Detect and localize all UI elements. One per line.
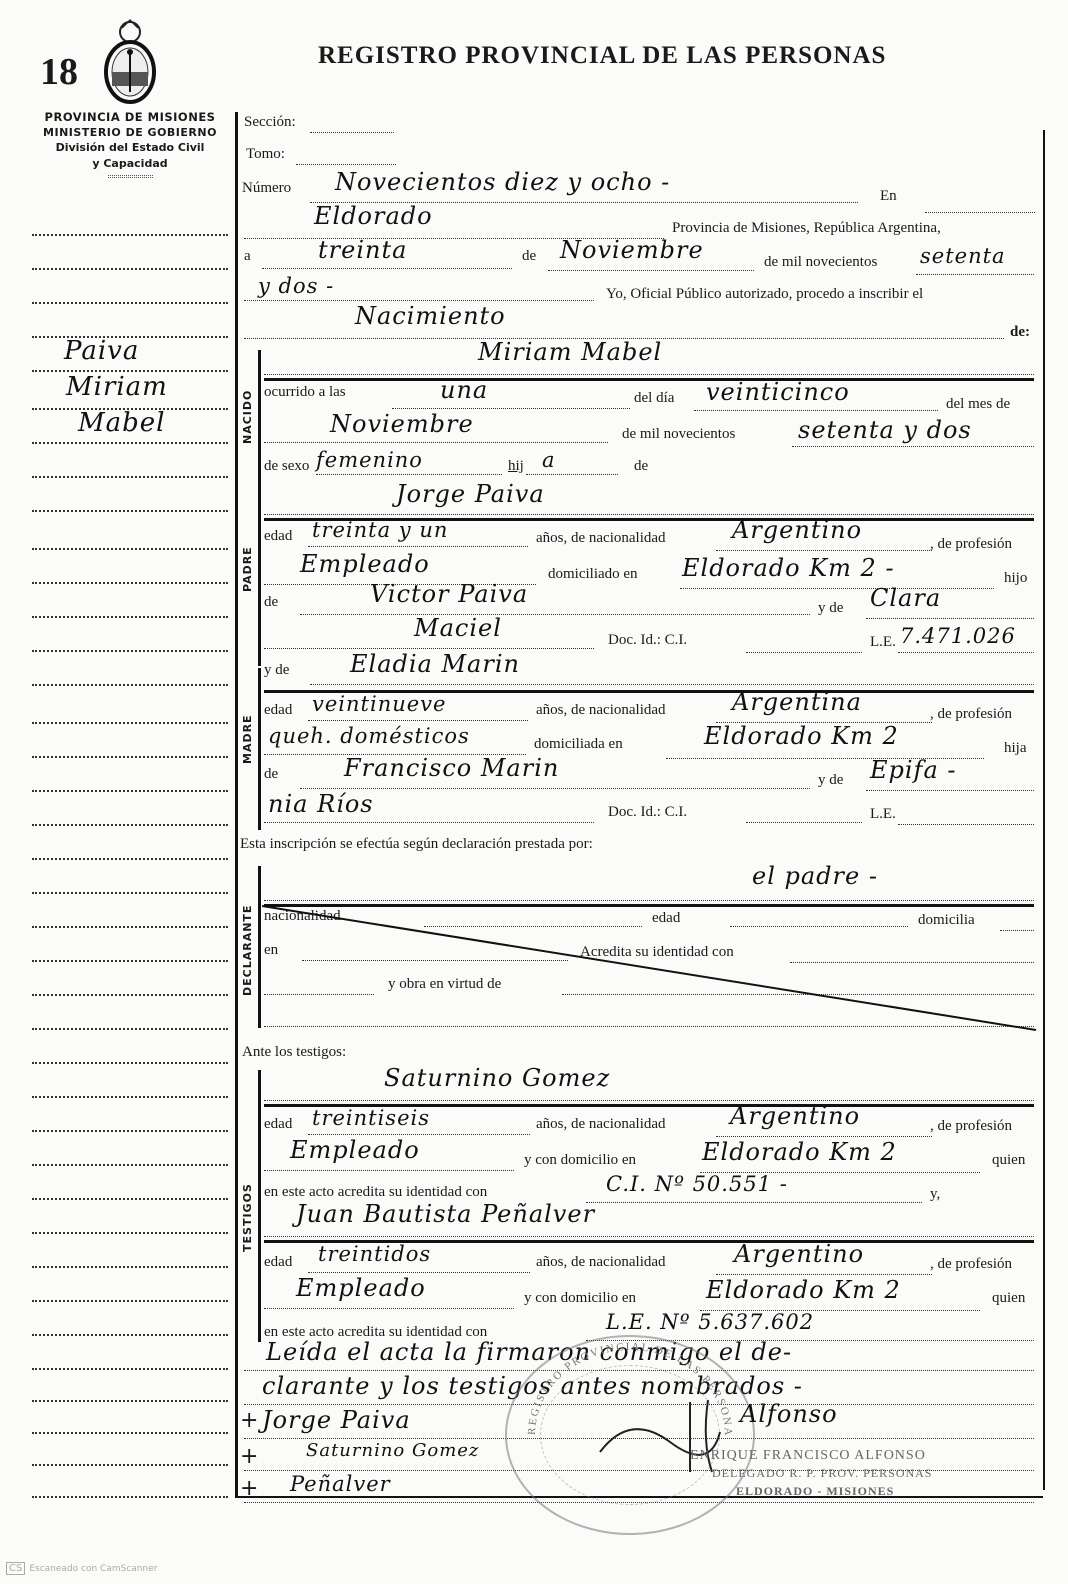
witness-2-profession-value: Empleado xyxy=(296,1274,426,1302)
margin-line xyxy=(32,1198,228,1200)
year-continuation-field[interactable] xyxy=(244,300,594,301)
margin-line xyxy=(32,582,228,584)
mother-domicile-value: Eldorado Km 2 xyxy=(704,722,899,750)
org-province: PROVINCIA DE MISIONES xyxy=(30,110,230,125)
declarante-strikeout-line xyxy=(262,904,1038,1032)
registration-month-value: Noviembre xyxy=(560,236,704,264)
margin-line xyxy=(32,1368,228,1370)
margin-note-middle-name: Mabel xyxy=(78,408,165,438)
father-domicile-field[interactable] xyxy=(680,588,994,589)
father-le-label: L.E. xyxy=(870,634,896,651)
padre-section-label: PADRE xyxy=(241,546,254,592)
father-doc-label: Doc. Id.: C.I. xyxy=(608,632,687,649)
official-stamp-title: DELEGADO R. P. PROV. PERSONAS xyxy=(712,1466,932,1481)
mother-profession-value: queh. domésticos xyxy=(268,724,470,748)
margin-line xyxy=(32,1266,228,1268)
signature-declarante: Jorge Paiva xyxy=(262,1406,411,1434)
year-prefix: de mil novecientos xyxy=(764,254,877,271)
month-field[interactable] xyxy=(548,270,754,271)
issuing-organization: PROVINCIA DE MISIONES MINISTERIO DE GOBI… xyxy=(30,110,230,178)
birth-month-field[interactable] xyxy=(264,442,608,443)
madre-section-label: MADRE xyxy=(241,714,254,764)
margin-note-first-name: Miriam xyxy=(66,372,168,402)
father-profession-value: Empleado xyxy=(300,550,430,578)
mother-edad-label: edad xyxy=(264,702,292,719)
margin-line xyxy=(32,548,228,550)
witness-1-name: Saturnino Gomez xyxy=(384,1064,610,1092)
paternal-grandmother-value-1: Clara xyxy=(870,584,941,612)
maternal-grandmother-continued-field[interactable] xyxy=(264,822,594,823)
witness-2-profession-field[interactable] xyxy=(264,1308,514,1309)
margin-line xyxy=(32,650,228,652)
padre-bracket xyxy=(258,488,261,666)
place-value: Eldorado xyxy=(314,202,433,230)
hij-label: hij xyxy=(508,458,524,475)
official-text: Yo, Oficial Público autorizado, procedo … xyxy=(606,286,923,303)
tomo-label: Tomo: xyxy=(246,146,285,163)
maternal-grandmother-value-1: Epifa - xyxy=(870,756,957,784)
numero-value: Novecientos diez y ocho - xyxy=(335,168,670,196)
scanner-watermark: CSEscaneado con CamScanner xyxy=(6,1562,157,1575)
witness-2-anos-label: años, de nacionalidad xyxy=(536,1254,666,1271)
maternal-grandfather-value: Francisco Marin xyxy=(344,754,559,782)
witness-1-edad-field[interactable] xyxy=(308,1134,530,1135)
paternal-grandmother-field[interactable] xyxy=(866,618,1034,619)
seccion-label: Sección: xyxy=(244,114,296,131)
father-le-field[interactable] xyxy=(898,652,1034,653)
official-stamp-name: ENRIQUE FRANCISCO ALFONSO xyxy=(690,1448,926,1464)
declarante-bracket xyxy=(258,866,261,1028)
margin-line xyxy=(32,1028,228,1030)
witness-2-edad-value: treintidos xyxy=(318,1242,431,1266)
margin-line xyxy=(32,510,228,512)
mother-edad-value: veintinueve xyxy=(312,692,446,716)
witness-2-nationality-field[interactable] xyxy=(716,1274,932,1275)
declarante-value: el padre - xyxy=(752,862,878,890)
testigos-section-label: TESTIGOS xyxy=(241,1183,254,1252)
father-domicile-value: Eldorado Km 2 - xyxy=(682,554,895,582)
father-edad-label: edad xyxy=(264,528,292,545)
paternal-grandfather-field[interactable] xyxy=(300,614,810,615)
birth-hour-value: una xyxy=(440,376,488,404)
margin-line xyxy=(32,1400,228,1402)
mother-ci-field[interactable] xyxy=(746,822,862,823)
hij-suffix-field[interactable] xyxy=(526,474,618,475)
signature-witness-2: Peñalver xyxy=(290,1472,391,1496)
nacido-section-label: NACIDO xyxy=(241,390,254,444)
sexo-value: femenino xyxy=(316,448,423,472)
document-title: REGISTRO PROVINCIAL DE LAS PERSONAS xyxy=(318,42,886,70)
father-profesion-label: , de profesión xyxy=(930,536,1012,553)
birth-year-value: setenta y dos xyxy=(798,416,972,444)
witness-2-profesion-label: , de profesión xyxy=(930,1256,1012,1273)
frame-left-border xyxy=(235,112,238,1497)
witness-1-quien-label: quien xyxy=(992,1152,1025,1169)
day-field[interactable] xyxy=(262,268,512,269)
paternal-grandfather-value: Victor Paiva xyxy=(370,580,528,608)
margin-line xyxy=(32,1062,228,1064)
sexo-label: de sexo xyxy=(264,458,309,475)
hij-suffix-value: a xyxy=(542,448,556,472)
child-name-field[interactable] xyxy=(264,374,1034,375)
org-ministry: MINISTERIO DE GOBIERNO xyxy=(30,125,230,140)
seccion-field[interactable] xyxy=(310,132,394,133)
tomo-field[interactable] xyxy=(296,164,396,165)
hija-label: hija xyxy=(1004,740,1027,757)
org-division-2: y Capacidad xyxy=(30,156,230,171)
signature-witness-1: Saturnino Gomez xyxy=(306,1440,479,1461)
witness-1-doc-value: C.I. Nº 50.551 - xyxy=(606,1172,788,1196)
maternal-grandmother-field[interactable] xyxy=(866,790,1034,791)
declarante-name-field[interactable] xyxy=(264,900,1034,901)
witness-2-edad-label: edad xyxy=(264,1254,292,1271)
father-name-value: Jorge Paiva xyxy=(396,480,545,508)
mother-edad-field[interactable] xyxy=(308,720,528,721)
witness-2-quien-label: quien xyxy=(992,1290,1025,1307)
father-name-field[interactable] xyxy=(264,514,1034,515)
father-edad-field[interactable] xyxy=(308,546,528,547)
margin-line xyxy=(32,442,228,444)
testigos-intro: Ante los testigos: xyxy=(242,1044,346,1061)
birth-year-field[interactable] xyxy=(792,446,1034,447)
numero-label: Número xyxy=(242,180,291,197)
margin-line xyxy=(32,1232,228,1234)
hijo-label: hijo xyxy=(1004,570,1027,587)
del-mes-label: del mes de xyxy=(946,396,1010,413)
margin-line xyxy=(32,1432,228,1434)
paternal-grandmother-continued-field[interactable] xyxy=(264,648,594,649)
child-name-value: Miriam Mabel xyxy=(478,338,662,366)
de-colon-label: de: xyxy=(1010,324,1030,341)
witness-1-name-field[interactable] xyxy=(264,1100,1034,1101)
father-de-label: de xyxy=(264,594,278,611)
margin-line xyxy=(32,234,228,236)
hour-field[interactable] xyxy=(392,408,630,409)
madre-bracket xyxy=(258,668,261,830)
margin-line xyxy=(32,1164,228,1166)
scanner-text: Escaneado con CamScanner xyxy=(29,1564,157,1574)
mother-y-de-label-2: y de xyxy=(818,772,843,789)
page-number: 18 xyxy=(40,50,78,94)
witness-1-profession-value: Empleado xyxy=(290,1136,420,1164)
org-division: División del Estado Civil xyxy=(30,140,230,156)
witness-2-doc-value: L.E. Nº 5.637.602 xyxy=(606,1310,814,1334)
witness-1-profesion-label: , de profesión xyxy=(930,1118,1012,1135)
birth-day-value: veinticinco xyxy=(706,378,850,406)
witness-1-domicile-value: Eldorado Km 2 xyxy=(702,1138,897,1166)
father-ci-field[interactable] xyxy=(746,652,862,653)
witness-2-edad-field[interactable] xyxy=(308,1272,530,1273)
margin-note-surname: Paiva xyxy=(64,336,139,366)
del-dia-label: del día xyxy=(634,390,674,407)
org-divider xyxy=(108,175,153,178)
nacido-divider xyxy=(264,378,1034,381)
frame-right-border xyxy=(1043,130,1045,1490)
mother-name-field[interactable] xyxy=(310,684,1034,685)
signature-cross-icon: + xyxy=(240,1444,258,1469)
margin-line xyxy=(32,476,228,478)
maternal-grandfather-field[interactable] xyxy=(300,788,810,789)
margin-line xyxy=(32,1334,228,1336)
registration-day-value: treinta xyxy=(318,236,407,264)
ocurrido-label: ocurrido a las xyxy=(264,384,346,401)
de-label: de xyxy=(522,248,536,265)
margin-line xyxy=(32,722,228,724)
margin-line xyxy=(32,1464,228,1466)
father-nationality-value: Argentino xyxy=(732,516,862,544)
signature-cross-icon: + xyxy=(240,1476,258,1501)
margin-line xyxy=(32,302,228,304)
father-le-value: 7.471.026 xyxy=(900,624,1016,648)
witness-2-nationality-value: Argentino xyxy=(734,1240,864,1268)
declarante-section-label: DECLARANTE xyxy=(241,905,254,996)
mother-le-label: L.E. xyxy=(870,806,896,823)
margin-line xyxy=(32,994,228,996)
witness-1-nationality-value: Argentino xyxy=(730,1102,860,1130)
mother-y-de-label: y de xyxy=(264,662,289,679)
maternal-grandmother-value-2: nia Ríos xyxy=(268,790,374,818)
signature-cross-icon: + xyxy=(240,1408,258,1433)
official-stamp-location: ELDORADO - MISIONES xyxy=(736,1484,894,1499)
camscanner-logo-icon: CS xyxy=(6,1562,25,1575)
margin-line xyxy=(32,1130,228,1132)
witness-1-domicilio-label: y con domicilio en xyxy=(524,1152,636,1169)
nacido-bracket xyxy=(258,350,261,498)
margin-line xyxy=(32,756,228,758)
margin-line xyxy=(32,1096,228,1098)
declarante-intro: Esta inscripción se efectúa según declar… xyxy=(240,836,593,853)
margin-line xyxy=(32,616,228,618)
witness-1-doc-field[interactable] xyxy=(586,1202,922,1203)
en-label: En xyxy=(880,188,897,205)
province-text: Provincia de Misiones, República Argenti… xyxy=(672,220,941,237)
margin-line xyxy=(32,1496,228,1498)
official-signature: Alfonso xyxy=(740,1400,838,1428)
year-field[interactable] xyxy=(916,274,1034,275)
father-y-de-label: y de xyxy=(818,600,843,617)
margin-line xyxy=(32,858,228,860)
witness-1-suffix: y, xyxy=(930,1186,940,1203)
witness-1-acredita-label: en este acto acredita su identidad con xyxy=(264,1184,487,1201)
mother-domicilio-label: domiciliada en xyxy=(534,736,623,753)
en-field[interactable] xyxy=(925,212,1035,213)
birth-year-prefix: de mil novecientos xyxy=(622,426,735,443)
mother-de-label: de xyxy=(264,766,278,783)
margin-line xyxy=(32,1300,228,1302)
mother-profesion-label: , de profesión xyxy=(930,706,1012,723)
margin-line xyxy=(32,824,228,826)
paternal-grandmother-value-2: Maciel xyxy=(414,614,502,642)
witness-2-domicilio-label: y con domicilio en xyxy=(524,1290,636,1307)
witness-1-edad-value: treintiseis xyxy=(312,1106,430,1130)
mother-nationality-value: Argentina xyxy=(732,688,862,716)
margin-line xyxy=(32,790,228,792)
witness-1-profession-field[interactable] xyxy=(264,1170,514,1171)
father-nationality-field[interactable] xyxy=(716,550,932,551)
margin-line xyxy=(32,960,228,962)
testigos-bracket xyxy=(258,1070,261,1342)
mother-name-value: Eladia Marin xyxy=(350,650,520,678)
margin-line xyxy=(32,926,228,928)
witness-1-nationality-field[interactable] xyxy=(716,1136,932,1137)
birth-month-value: Noviembre xyxy=(330,410,474,438)
registration-year-value-1: setenta xyxy=(920,244,1006,268)
father-domicilio-label: domiciliado en xyxy=(548,566,638,583)
de-label-nacido: de xyxy=(634,458,648,475)
father-edad-value: treinta y un xyxy=(312,518,448,542)
margin-line xyxy=(32,268,228,270)
mother-anos-label: años, de nacionalidad xyxy=(536,702,666,719)
mother-le-field[interactable] xyxy=(898,824,1034,825)
mother-doc-label: Doc. Id.: C.I. xyxy=(608,804,687,821)
birth-day-field[interactable] xyxy=(694,410,938,411)
act-type-value: Nacimiento xyxy=(355,302,506,330)
father-anos-label: años, de nacionalidad xyxy=(536,530,666,547)
margin-line xyxy=(32,684,228,686)
sexo-field[interactable] xyxy=(316,474,502,475)
witness-2-domicile-value: Eldorado Km 2 xyxy=(706,1276,901,1304)
witness-2-name-field[interactable] xyxy=(264,1236,1034,1237)
witness-1-edad-label: edad xyxy=(264,1116,292,1133)
witness-2-name: Juan Bautista Peñalver xyxy=(296,1200,595,1228)
argentina-coat-of-arms-icon xyxy=(100,18,160,106)
a-label: a xyxy=(244,248,251,265)
margin-line xyxy=(32,892,228,894)
registration-year-value-2: y dos - xyxy=(258,274,334,298)
witness-1-anos-label: años, de nacionalidad xyxy=(536,1116,666,1133)
